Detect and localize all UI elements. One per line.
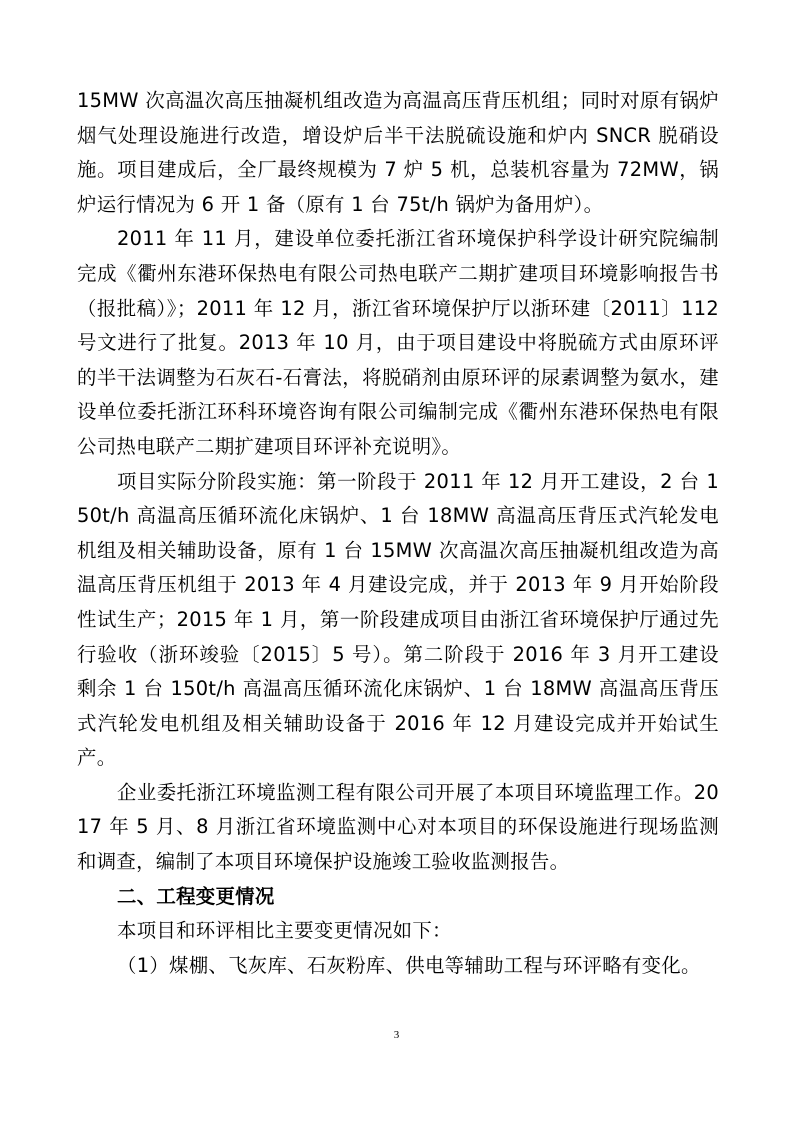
page-number: 3 [0,1029,793,1041]
paragraph-changes-intro: 本项目和环评相比主要变更情况如下： [77,914,719,949]
paragraph-monitoring: 企业委托浙江环境监测工程有限公司开展了本项目环境监理工作。2017 年 5 月、… [77,776,719,880]
paragraph-project-scale: 15MW 次高温次高压抽凝机组改造为高温高压背压机组；同时对原有锅炉烟气处理设施… [77,84,719,222]
paragraph-eia-history: 2011 年 11 月，建设单位委托浙江省环境保护科学设计研究院编制完成《衢州东… [77,222,719,464]
section-heading-changes: 二、工程变更情况 [77,880,719,915]
paragraph-implementation-phases: 项目实际分阶段实施：第一阶段于 2011 年 12 月开工建设，2 台 150t… [77,465,719,776]
paragraph-change-item-1: （1）煤棚、飞灰库、石灰粉库、供电等辅助工程与环评略有变化。 [77,949,719,984]
document-page: 15MW 次高温次高压抽凝机组改造为高温高压背压机组；同时对原有锅炉烟气处理设施… [77,84,719,983]
